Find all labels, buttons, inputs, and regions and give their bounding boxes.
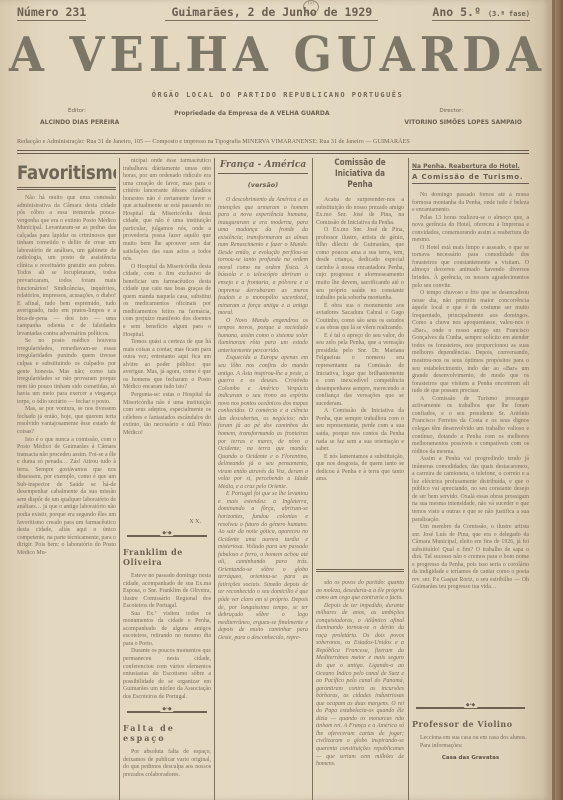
- headline-comissao-penha: Comissão de Iniciativa da Penha: [323, 158, 398, 191]
- column-3: França - América (versão) O descobriment…: [218, 158, 308, 800]
- headline-falta-espaco: Falta de espaço: [123, 723, 211, 743]
- director-label: Director:: [439, 108, 522, 114]
- column-divider: [119, 158, 120, 800]
- top-line: Número 231 Guimarães, 2 de Junho de 1929…: [17, 5, 530, 21]
- masthead-subtitle: ÓRGÃO LOCAL DO PARTIDO REPUBLICANO PORTU…: [0, 91, 555, 99]
- headline-favoritismos: Favoritismos: [17, 162, 103, 184]
- column-4: Comissão de Iniciativa da Penha Acaba de…: [316, 158, 404, 800]
- article-franca-america-cont: são os povos do partido: quanto ao molez…: [316, 580, 404, 769]
- column-5: Na Penha. Reabertura do Hotel. A Comissã…: [412, 158, 529, 800]
- masthead-title: A VELHA GUARDA: [0, 27, 555, 83]
- kicker-turismo: Na Penha. Reabertura do Hotel.: [412, 163, 529, 170]
- staff-line: Editor: ALCINDO DIAS PEREIRA Propriedade…: [40, 108, 522, 126]
- header-rule: [17, 150, 529, 154]
- editor-block: Editor: ALCINDO DIAS PEREIRA: [40, 108, 119, 126]
- headline-violino: Professor de Violino: [412, 719, 529, 729]
- article-franklim: Esteve no passado domingo nesta cidade, …: [123, 573, 211, 701]
- issue-year: Ano 5.º (3.ª fase): [432, 5, 530, 21]
- column-1: Favoritismos Não há muito que uma comiss…: [17, 158, 116, 800]
- article-franca-america: O descobrimento da América e as intençõe…: [218, 197, 308, 642]
- address-line: Redacção e Administração: Rua 31 de Jane…: [17, 138, 526, 145]
- director-name: VITORINO SIMÕES LOPES SAMPAIO: [404, 119, 522, 126]
- article-turismo: No domingo passado fomos até à nossa for…: [412, 192, 529, 697]
- binding-edge: [555, 0, 563, 800]
- column-divider: [408, 158, 409, 800]
- headline-franklim: Franklim de Oliveira: [123, 547, 211, 567]
- ad-violino: Lecciona em sua casa ou em casa dos alun…: [412, 735, 529, 750]
- column-divider: [312, 158, 313, 800]
- property-line: Propriedade da Empresa de A VELHA GUARDA: [174, 110, 329, 126]
- ornament-divider: [416, 705, 525, 711]
- headline-turismo: A Comissão de Turismo.: [412, 173, 529, 184]
- editor-label: Editor:: [68, 108, 119, 114]
- signature: X X.: [123, 519, 211, 525]
- columns: Favoritismos Não há muito que uma comiss…: [17, 158, 529, 800]
- section-rule: [316, 569, 404, 572]
- article-comissao-penha: Acaba de surpreender-nos a substituição …: [316, 197, 404, 565]
- ad-contact: Casa das Gravatas: [412, 755, 529, 761]
- issue-number: Número 231: [17, 5, 86, 21]
- headline-rule: [17, 187, 116, 190]
- article-favoritismos-col2: nicipal onde êsse farmacêutico trabalhav…: [123, 158, 211, 513]
- headline-versao: (versão): [218, 181, 308, 189]
- editor-name: ALCINDO DIAS PEREIRA: [40, 119, 119, 126]
- issue-date: Guimarães, 2 de Junho de 1929: [165, 5, 378, 21]
- column-2: nicipal onde êsse farmacêutico trabalhav…: [123, 158, 211, 800]
- ornament-divider: [127, 709, 207, 715]
- column-divider: [214, 158, 215, 800]
- ornament-divider: [127, 533, 207, 539]
- newspaper-page: (5) Número 231 Guimarães, 2 de Junho de …: [0, 0, 555, 800]
- headline-franca-america: França - América: [218, 160, 308, 174]
- article-falta-espaco: Por absoluta falta de espaço, deixamos d…: [123, 749, 211, 779]
- article-favoritismos-col1: Não há muito que uma comissão administra…: [17, 195, 116, 557]
- director-block: Director: VITORINO SIMÕES LOPES SAMPAIO: [404, 108, 522, 126]
